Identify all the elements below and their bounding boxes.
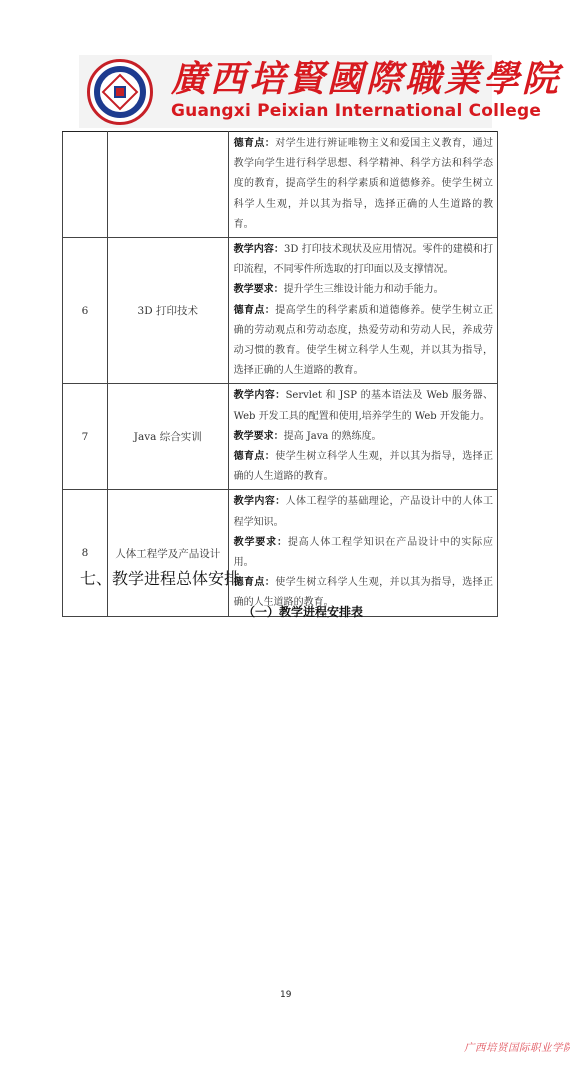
course-number-cell: 8 bbox=[63, 490, 108, 616]
table-row: 德育点：对学生进行辨证唯物主义和爱国主义教育，通过教学向学生进行科学思想、科学精… bbox=[63, 132, 498, 238]
emblem-ring bbox=[94, 66, 146, 118]
course-content-table: 德育点：对学生进行辨证唯物主义和爱国主义教育，通过教学向学生进行科学思想、科学精… bbox=[62, 131, 498, 617]
item-label: 教学内容： bbox=[234, 390, 286, 401]
school-emblem-icon bbox=[87, 59, 153, 125]
item-text: 提升学生三维设计能力和动手能力。 bbox=[284, 284, 444, 295]
footer-watermark: 广西培贤国际职业学院 bbox=[464, 1040, 570, 1055]
item-text: 提高 Java 的熟练度。 bbox=[284, 431, 382, 442]
course-number-cell: 7 bbox=[63, 384, 108, 490]
course-name-cell: 人体工程学及产品设计 bbox=[107, 490, 228, 616]
course-number-cell: 6 bbox=[63, 238, 108, 384]
item-label: 德育点： bbox=[234, 451, 276, 462]
item-text: 对学生进行辨证唯物主义和爱国主义教育，通过教学向学生进行科学思想、科学精神、科学… bbox=[234, 138, 493, 230]
teaching-content: 教学内容：Servlet 和 JSP 的基本语法及 Web 服务器、Web 开发… bbox=[234, 386, 493, 426]
course-description-cell: 教学内容：人体工程学的基础理论，产品设计中的人体工程学知识。 教学要求：提高人体… bbox=[228, 490, 497, 616]
section-heading: 七、教学进程总体安排 bbox=[80, 566, 240, 589]
item-label: 教学要求： bbox=[234, 431, 284, 442]
subsection-heading: （一）教学进程安排表 bbox=[243, 603, 363, 620]
moral-education-point: 德育点：提高学生的科学素质和道德修养。使学生树立正确的劳动观点和劳动态度，热爱劳… bbox=[234, 301, 493, 382]
moral-education-point: 德育点：对学生进行辨证唯物主义和爱国主义教育，通过教学向学生进行科学思想、科学精… bbox=[234, 134, 493, 235]
teaching-requirement: 教学要求：提高 Java 的熟练度。 bbox=[234, 427, 493, 447]
moral-education-point: 德育点：使学生树立科学人生观，并以其为指导，选择正确的人生道路的教育。 bbox=[234, 447, 493, 487]
course-description-cell: 教学内容：Servlet 和 JSP 的基本语法及 Web 服务器、Web 开发… bbox=[228, 384, 497, 490]
school-name-english: Guangxi Peixian International College bbox=[171, 101, 541, 121]
item-label: 德育点： bbox=[234, 138, 276, 149]
header-banner: 廣西培賢國際職業學院 Guangxi Peixian International… bbox=[79, 55, 492, 128]
table-row: 6 3D 打印技术 教学内容：3D 打印技术现状及应用情况。零件的建模和打印流程… bbox=[63, 238, 498, 384]
book-icon bbox=[114, 86, 126, 98]
item-label: 教学要求： bbox=[234, 537, 288, 548]
item-label: 教学要求： bbox=[234, 284, 284, 295]
page-number: 19 bbox=[280, 990, 291, 1000]
teaching-content: 教学内容：人体工程学的基础理论，产品设计中的人体工程学知识。 bbox=[234, 492, 493, 532]
course-description-cell: 教学内容：3D 打印技术现状及应用情况。零件的建模和打印流程，不同零件所选取的打… bbox=[228, 238, 497, 384]
course-name-cell: 3D 打印技术 bbox=[107, 238, 228, 384]
item-label: 德育点： bbox=[234, 305, 276, 316]
item-label: 教学内容： bbox=[234, 244, 284, 255]
course-name-cell: Java 综合实训 bbox=[107, 384, 228, 490]
school-name-chinese: 廣西培賢國際職業學院 bbox=[171, 59, 561, 99]
course-description-cell: 德育点：对学生进行辨证唯物主义和爱国主义教育，通过教学向学生进行科学思想、科学精… bbox=[228, 132, 497, 238]
course-number-cell bbox=[63, 132, 108, 238]
course-name-cell bbox=[107, 132, 228, 238]
teaching-requirement: 教学要求：提升学生三维设计能力和动手能力。 bbox=[234, 280, 493, 300]
teaching-requirement: 教学要求：提高人体工程学知识在产品设计中的实际应用。 bbox=[234, 533, 493, 573]
item-label: 教学内容： bbox=[234, 496, 286, 507]
table-row: 8 人体工程学及产品设计 教学内容：人体工程学的基础理论，产品设计中的人体工程学… bbox=[63, 490, 498, 616]
emblem-diamond bbox=[102, 74, 139, 111]
teaching-content: 教学内容：3D 打印技术现状及应用情况。零件的建模和打印流程，不同零件所选取的打… bbox=[234, 240, 493, 280]
table-row: 7 Java 综合实训 教学内容：Servlet 和 JSP 的基本语法及 We… bbox=[63, 384, 498, 490]
